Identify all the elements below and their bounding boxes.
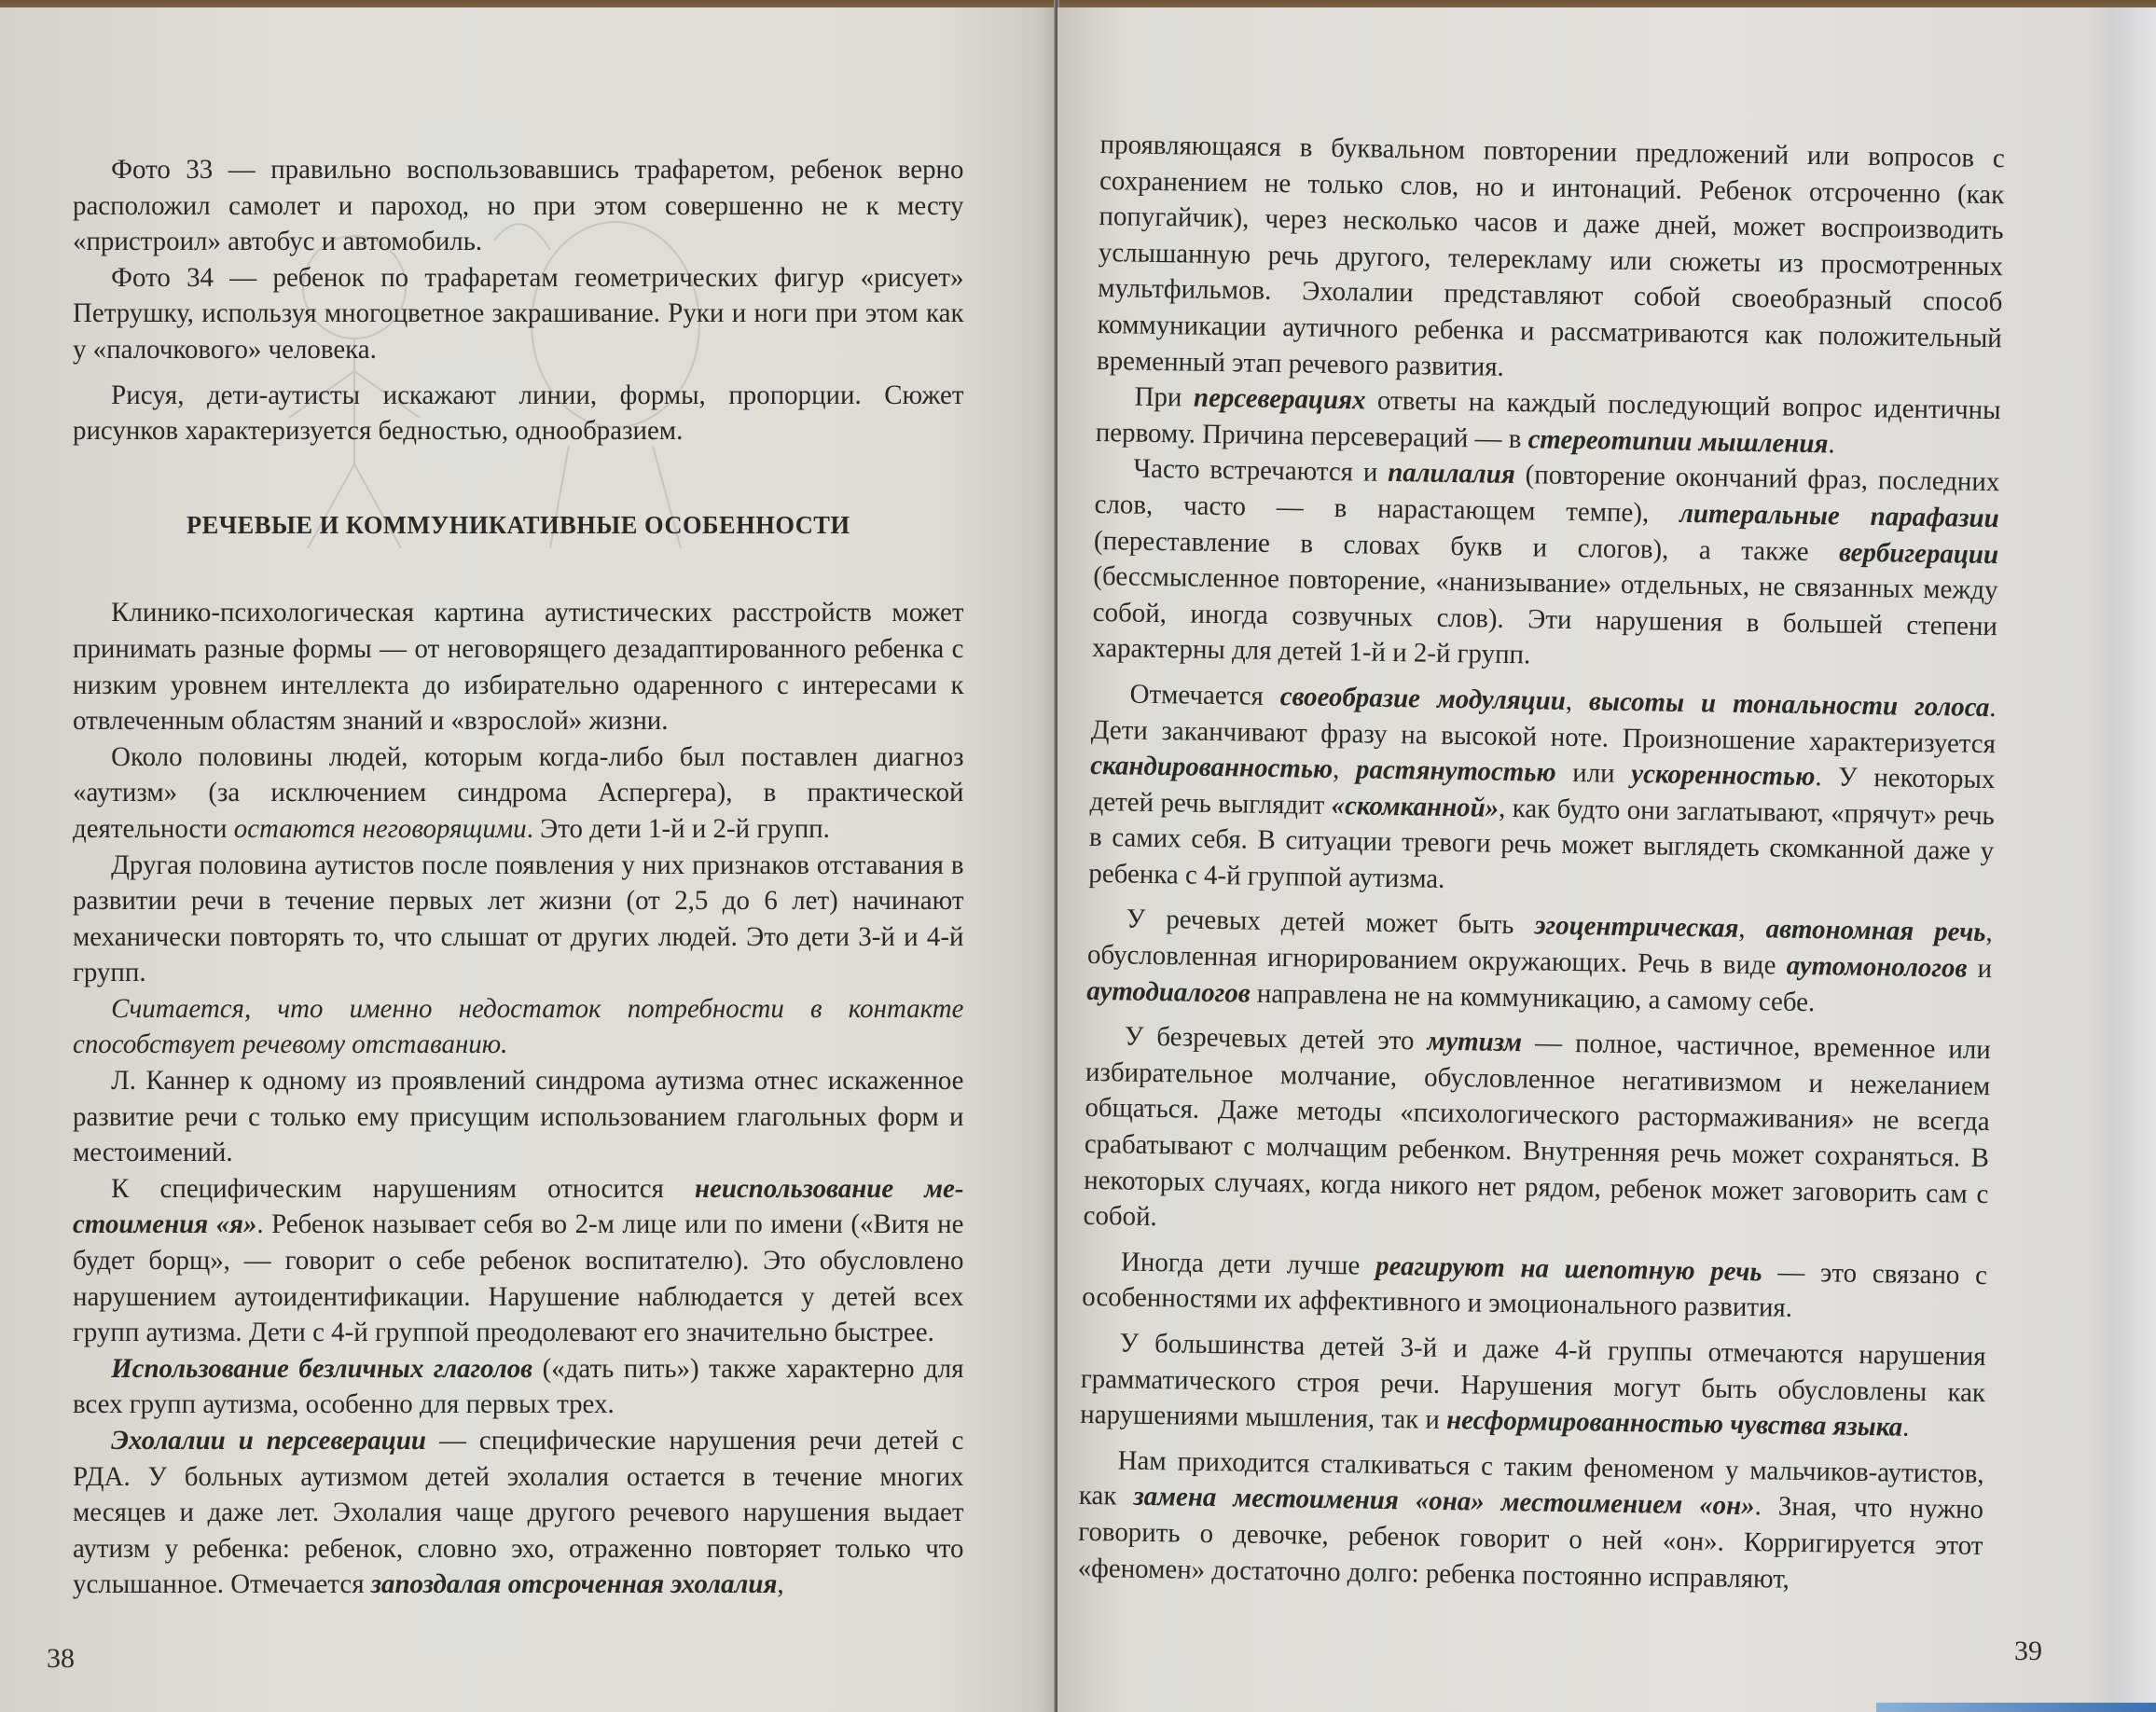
- emphasis-text: замена местоимения «она» местоимением «о…: [1133, 1482, 1755, 1521]
- body-text: ,: [1566, 686, 1590, 716]
- emphasis-text: Считается, что именно недостаток потребн…: [73, 994, 964, 1060]
- paragraph: Фото 34 — ребенок по трафаретам геометри…: [73, 260, 964, 368]
- emphasis-text: аутодиалогов: [1086, 976, 1251, 1009]
- body-text: Часто встречаются и: [1133, 454, 1388, 488]
- emphasis-text: вербигерации: [1839, 537, 1998, 570]
- body-text: Рисуя, дети-аутисты искажают линии, форм…: [73, 380, 964, 447]
- body-text: К специфическим нарушениям относится: [111, 1174, 695, 1204]
- emphasis-text: Использование безличных глаголов: [111, 1354, 532, 1384]
- photo-captions: Фото 33 — правильно воспользовавшись тра…: [73, 152, 964, 449]
- body-text: Л. Каннер к одному из проявлений синдром…: [73, 1066, 964, 1167]
- right-page: проявляющаяся в буквальном повторении пр…: [1057, 7, 2156, 1712]
- emphasis-text: растянутостью: [1356, 754, 1556, 787]
- emphasis-text: остаются неговорящими: [234, 814, 527, 844]
- body-text: и: [1967, 954, 1992, 984]
- emphasis-text: своеобразие модуляции: [1280, 682, 1567, 716]
- body-text: — полное, частичное, временное или избир…: [1083, 1028, 1991, 1232]
- paragraph: Клинико-психологическая картина аутистич…: [73, 595, 964, 739]
- emphasis-text: палилалия: [1388, 458, 1515, 490]
- blue-cover-edge: [1876, 1703, 2156, 1712]
- body-text: (переставление в словах букв и слогов), …: [1094, 525, 1840, 567]
- emphasis-text: персеверациях: [1194, 383, 1366, 416]
- paragraph: У речевых детей может быть эгоцентрическ…: [1086, 901, 1993, 1023]
- emphasis-text: литеральные пара­фазии: [1679, 499, 1999, 533]
- paragraph: Нам приходится сталкиваться с таким фено…: [1077, 1443, 1984, 1601]
- body-text: направлена не на коммуникацию, а самому …: [1250, 978, 1815, 1017]
- emphasis-text: «скомканной»: [1331, 791, 1499, 823]
- emphasis-text: аутомо­нологов: [1786, 951, 1967, 984]
- paragraph: Л. Каннер к одному из проявлений синдром…: [73, 1063, 964, 1171]
- paragraph: Фото 33 — правильно воспользовавшись тра…: [73, 152, 964, 260]
- left-page-text: Фото 33 — правильно воспользовавшись тра…: [73, 152, 964, 1603]
- paragraph: Рисуя, дети-аутисты искажают линии, форм…: [73, 378, 964, 449]
- emphasis-text: реагируют на шепотную речь: [1375, 1251, 1762, 1288]
- paragraph: проявляющаяся в буквальном повторении пр…: [1097, 127, 2005, 393]
- body-text: .: [1902, 1413, 1910, 1443]
- emphasis-text: автономная речь: [1765, 915, 1985, 948]
- body-text: Другая половина аутистов после появления…: [73, 850, 964, 988]
- body-text: .: [1828, 429, 1835, 459]
- emphasis-text: ускорен­ностью: [1631, 759, 1816, 792]
- section-body: Клинико-психологическая картина аутистич…: [73, 595, 964, 1603]
- body-text: При: [1134, 382, 1194, 413]
- body-text: (бессмысленное повторение, «нанизывание»…: [1092, 561, 1998, 670]
- body-text: . Это дети 1-й и 2-й групп.: [527, 814, 830, 844]
- paragraph: Отмечается своеобразие модуляции, высоты…: [1088, 676, 1997, 906]
- body-text: У безречевых детей это: [1125, 1022, 1428, 1056]
- paragraph: Другая половина аутистов после появления…: [73, 848, 964, 991]
- body-text: Фото 33 — правильно воспользовавшись тра…: [73, 155, 964, 256]
- section-heading: РЕЧЕВЫЕ И КОММУНИКАТИВНЫЕ ОСОБЕННОСТИ: [73, 507, 964, 544]
- paragraph: У большинства детей 3-й и даже 4-й групп…: [1080, 1325, 1986, 1447]
- emphasis-text: мутизм: [1427, 1027, 1522, 1058]
- body-text: Иногда дети лучше: [1121, 1247, 1376, 1280]
- emphasis-text: высоты и тональности го­лоса: [1589, 686, 1990, 723]
- paragraph: Иногда дети лучше реагируют на шепотную …: [1082, 1244, 1987, 1330]
- emphasis-text: эгоцентрическая: [1534, 911, 1738, 944]
- emphasis-text: запоздалая отсроченная эхолалия: [371, 1569, 778, 1599]
- body-text: У речевых детей может быть: [1126, 904, 1535, 941]
- paragraph: Часто встречаются и палилалия (повторени…: [1092, 450, 2000, 681]
- body-text: ,: [1333, 754, 1356, 784]
- paragraph: Эхолалии и персеверации — специфические …: [73, 1423, 964, 1603]
- paragraph: Использование безличных глаголов («дать …: [73, 1351, 964, 1423]
- emphasis-text: Эхолалии и персеверации: [111, 1426, 426, 1456]
- paragraph: Считается, что именно недостаток потребн…: [73, 991, 964, 1063]
- page-number-left: 38: [47, 1643, 75, 1675]
- body-text: или: [1555, 758, 1631, 789]
- body-text: проявляющаяся в буквальном повторении пр…: [1097, 130, 2005, 381]
- emphasis-text: скандированностью: [1090, 751, 1333, 784]
- body-text: Клинико-психологическая картина аутистич…: [73, 598, 964, 736]
- paragraph: Около половины людей, которым когда-либо…: [73, 739, 964, 848]
- paragraph: К специфическим нарушениям относится неи…: [73, 1171, 964, 1351]
- left-page: Фото 33 — правильно воспользовавшись тра…: [0, 7, 1056, 1712]
- right-page-text: проявляющаяся в буквальном повторении пр…: [1077, 127, 2005, 1600]
- page-number-right: 39: [2014, 1636, 2042, 1667]
- emphasis-text: несформированностью чувства языка: [1446, 1405, 1902, 1443]
- body-text: ,: [777, 1569, 783, 1599]
- body-text: ,: [1738, 914, 1766, 944]
- body-text: Фото 34 — ребенок по трафаретам геометри…: [73, 263, 964, 365]
- emphasis-text: стереотипии мышления: [1527, 424, 1828, 459]
- paragraph: У безречевых детей это мутизм — полное, …: [1083, 1018, 1991, 1249]
- body-text: Отмечается: [1129, 679, 1280, 711]
